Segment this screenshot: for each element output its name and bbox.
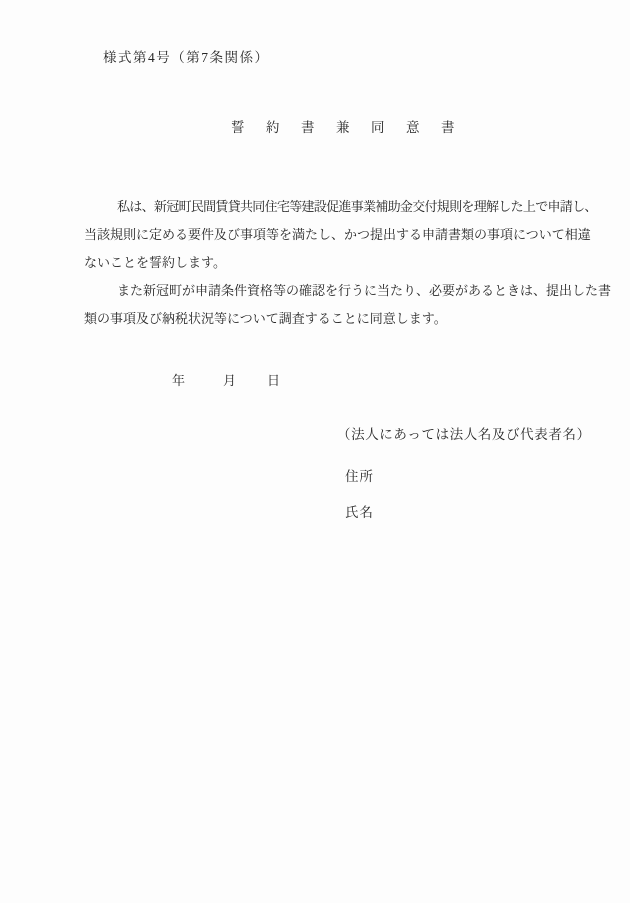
corporate-name-note: （法人にあっては法人名及び代表者名） [337,423,591,443]
consent-paragraph-line: 類の事項及び納税状況等について調査することに同意します。 [84,305,599,333]
oath-paragraph-line: ないことを誓約します。 [84,249,599,277]
day-label: 日 [267,370,280,389]
month-label: 月 [223,370,236,389]
date-line: 年 月 日 [0,370,630,390]
consent-paragraph-line: また新冠町が申請条件資格等の確認を行うに当たり、必要があるときは、提出した書 [84,277,599,305]
consent-paragraph: また新冠町が申請条件資格等の確認を行うに当たり、必要があるときは、提出した書 類… [84,277,599,333]
oath-paragraph-line: 当該規則に定める要件及び事項等を満たし、かつ提出する申請書類の事項について相違 [84,221,599,249]
name-label: 氏名 [345,501,374,521]
oath-paragraph: 私は、新冠町民間賃貸共同住宅等建設促進事業補助金交付規則を理解した上で申請し、 … [84,193,599,277]
document-title: 誓 約 書 兼 同 意 書 [231,116,459,136]
address-label: 住所 [345,465,374,485]
document-page: 様式第4号（第7条関係） 誓 約 書 兼 同 意 書 私は、新冠町民間賃貸共同住… [0,0,630,903]
oath-paragraph-line: 私は、新冠町民間賃貸共同住宅等建設促進事業補助金交付規則を理解した上で申請し、 [84,193,599,221]
year-label: 年 [172,370,185,389]
body-text: 私は、新冠町民間賃貸共同住宅等建設促進事業補助金交付規則を理解した上で申請し、 … [84,193,599,333]
form-number: 様式第4号（第7条関係） [103,46,270,66]
